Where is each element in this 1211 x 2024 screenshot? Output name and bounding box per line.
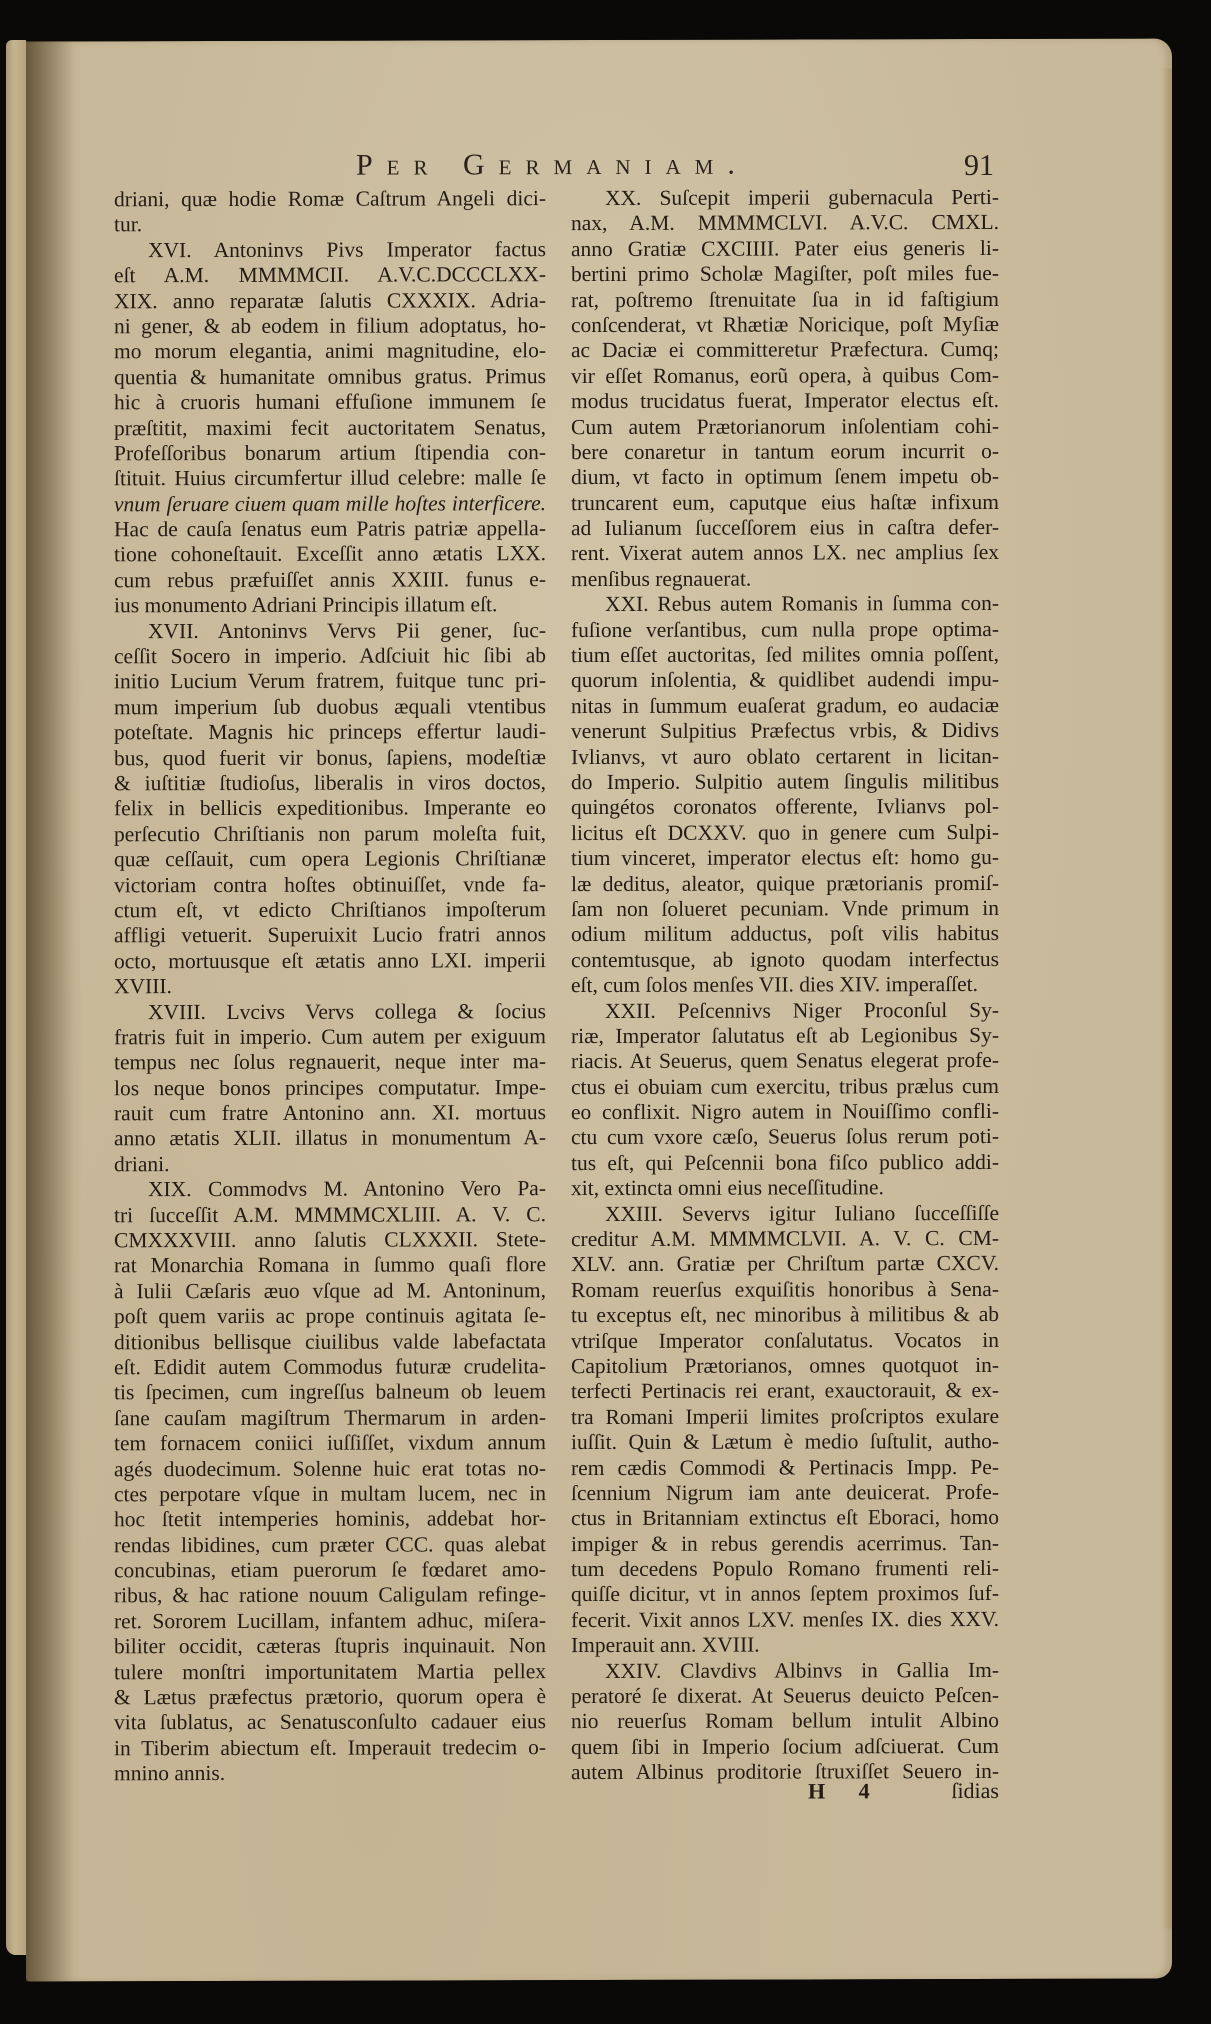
text-line: nio reuerſus Romam bellum intulit Albino <box>571 1708 999 1735</box>
text-line: venerunt Sulpitius Præfectus vrbis, & Di… <box>571 718 999 745</box>
gutter-shadow <box>26 41 82 1981</box>
text-line: mo morum elegantia, animi magnitudine, e… <box>114 338 546 365</box>
text-line: fecerit. Vixit annos LXV. menſes IX. die… <box>571 1607 999 1634</box>
text-line: terfecti Pertinacis rei erant, exauctora… <box>571 1378 999 1405</box>
text-line: poſt quem variis ac prope continuis agit… <box>114 1303 546 1330</box>
text-line: rauit cum fratre Antonino ann. XI. mortu… <box>114 1100 546 1127</box>
left-column: driani, quæ hodie Romæ Caſtrum Angeli di… <box>114 186 546 1787</box>
text-line: poteſtate. Magnis hic princeps effertur … <box>114 719 546 746</box>
text-line: peratoré ſe dixerat. At Seuerus deuicto … <box>571 1683 999 1710</box>
text-line: rat Monarchia Romana in ſummo quaſi flor… <box>114 1253 546 1280</box>
text-line: tempus nec ſolus regnauerit, neque inter… <box>114 1049 546 1076</box>
text-line: anno Gratiæ CXCIIII. Pater eius generis … <box>571 236 999 263</box>
text-line: victoriam contra hoſtes obtinuiſſet, vnd… <box>114 872 546 899</box>
text-line: ſam non ſolueret pecuniam. Vnde primum i… <box>571 896 999 923</box>
text-line: ad Iulianum ſucceſſorem eius in caſtra d… <box>571 515 999 542</box>
text-line: mnino annis. <box>114 1760 546 1787</box>
text-line: XX. Suſcepit imperii gubernacula Perti- <box>571 185 999 212</box>
text-line: iuſſit. Quin & Lætum è medio ſuſtulit, a… <box>571 1429 999 1456</box>
text-line: & Lætus præfectus prætorio, quorum opera… <box>114 1684 546 1711</box>
book-page: Per Germaniam. 91 driani, quæ hodie Romæ… <box>26 38 1172 1981</box>
text-line: fratris fuit in imperio. Cum autem per e… <box>114 1024 546 1051</box>
text-line: bus, quod fuerit vir bonus, ſapiens, mod… <box>114 745 546 772</box>
text-line: tra Romani Imperii limites proſcriptos e… <box>571 1404 999 1431</box>
text-line: octo, mortuusque eſt ætatis anno LXI. im… <box>114 948 546 975</box>
text-line: perſecutio Chriſtianis non parum moleſta… <box>114 821 546 848</box>
text-line: Romam reuerſus exquiſitis honoribus à Se… <box>571 1277 999 1304</box>
text-line: riæ, Imperator ſalutatus eſt ab Legionib… <box>571 1023 999 1050</box>
text-line: agés duodecimum. Solenne huic erat totas… <box>114 1456 546 1483</box>
text-line: XVI. Antoninvs Pivs Imperator factus <box>114 237 546 264</box>
text-line: in Tiberim abiectum eſt. Imperauit trede… <box>114 1735 546 1762</box>
text-line: affligi vetuerit. Superuixit Lucio fratr… <box>114 922 546 949</box>
text-line: Ivlianvs, vt auro oblato certarent in li… <box>571 744 999 771</box>
text-line: anno ætatis XLII. illatus in monumentum … <box>114 1126 546 1153</box>
text-line: vtriſque Imperator conſalutatus. Vocatos… <box>571 1328 999 1355</box>
text-line: quiſſe dicitur, vt in annos ſeptem proxi… <box>571 1581 999 1608</box>
text-line: dium, vt facto in optimum ſenem impetu o… <box>571 464 999 491</box>
text-line: tus eſt, qui Peſcennii bona fiſco public… <box>571 1150 999 1177</box>
text-line: quentia & humanitate omnibus gratus. Pri… <box>114 364 546 391</box>
signature-mark: H 4 <box>808 1778 884 1804</box>
text-line: XVII. Antoninvs Vervs Pii gener, ſuc- <box>114 618 546 645</box>
text-line: ac Daciæ ei committeretur Præfectura. Cu… <box>571 337 999 364</box>
text-line: tum decedens Populo Romano frumenti reli… <box>571 1556 999 1583</box>
text-line: XLV. ann. Gratiæ per Chriſtum partæ CXCV… <box>571 1251 999 1278</box>
text-line: ditionibus bellisque ciuilibus valde lab… <box>114 1329 546 1356</box>
text-line: XVIII. <box>114 973 546 1000</box>
text-line: vita ſublatus, ac Senatusconſulto cadaue… <box>114 1710 546 1737</box>
text-line: ribus, & hac ratione nouum Caligulam ref… <box>114 1583 546 1610</box>
text-line: tulere monſtri importunitatem Martia pel… <box>114 1659 546 1686</box>
text-line: licitus eſt DCXXV. quo in genere cum Sul… <box>571 820 999 847</box>
text-line: eo conflixit. Nigro autem in Nouiſſimo c… <box>571 1099 999 1126</box>
text-line: do Imperio. Sulpitio autem ſingulis mili… <box>571 769 999 796</box>
text-line: ſane cauſam magiſtrum Thermarum in arden… <box>114 1405 546 1432</box>
text-line: tem fornacem coniici iuſſiſſet, vixdum a… <box>114 1430 546 1457</box>
text-line: & iuſtitiæ ſtudioſus, liberalis in viros… <box>114 770 546 797</box>
text-line: tione cohoneſtauit. Exceſſit anno ætatis… <box>114 542 546 569</box>
text-line: fuſione verſantibus, cum nulla prope opt… <box>571 617 999 644</box>
text-line: tu exceptus eſt, nec minoribus à militib… <box>571 1302 999 1329</box>
text-line: quæ ceſſauit, cum opera Legionis Chriſti… <box>114 846 546 873</box>
text-line: Hac de cauſa ſenatus eum Patris patriæ a… <box>114 516 546 543</box>
text-line: biliter occidit, cæteras ſtupris inquina… <box>114 1633 546 1660</box>
text-line: læ deditus, aleator, quique prætorianis … <box>571 870 999 897</box>
text-line: ni gener, & ab eodem in filium adoptatus… <box>114 313 546 340</box>
text-line: rat, poſtremo ſtrenuitate ſua in id faſt… <box>571 287 999 314</box>
text-line: rent. Vixerat autem annos LX. nec ampliu… <box>571 540 999 567</box>
text-line: quingétos coronatos offerente, Ivlianvs … <box>571 794 999 821</box>
text-line: hoc ſtetit intemperies hominis, addebat … <box>114 1506 546 1533</box>
page-footer: H 4 ſidias <box>571 1778 999 1807</box>
text-line: eſt A.M. MMMMCII. A.V.C.DCCCLXX- <box>114 262 546 289</box>
text-line: tium vinceret, imperator electus eſt: ho… <box>571 845 999 872</box>
text-line: tri ſucceſſit A.M. MMMMCXLIII. A. V. C. <box>114 1202 546 1229</box>
text-line: cum rebus præfuiſſet annis XXIII. funus … <box>114 567 546 594</box>
text-line: XXI. Rebus autem Romanis in ſumma con- <box>571 591 999 618</box>
running-head: Per Germaniam. <box>356 148 749 183</box>
text-line: bere conaretur in tantum eorum incurrit … <box>571 439 999 466</box>
text-line: modus trucidatus fuerat, Imperator elect… <box>571 388 999 415</box>
previous-page-edge <box>6 40 26 1955</box>
right-column: XX. Suſcepit imperii gubernacula Perti-n… <box>571 185 999 1786</box>
text-line: ctus in Britanniam extinctus eſt Eboraci… <box>571 1505 999 1532</box>
text-line: ctes perpotare vſque in multam lucem, ne… <box>114 1481 546 1508</box>
text-line: ret. Sororem Lucillam, infantem adhuc, m… <box>114 1608 546 1635</box>
text-line: vir eſſet Romanus, eorũ opera, à quibus … <box>571 363 999 390</box>
text-line: XXII. Peſcennivs Niger Proconſul Sy- <box>571 997 999 1024</box>
text-line: felix in bellicis expeditionibus. Impera… <box>114 796 546 823</box>
text-line: quem ſibi in Imperio ſocium adſciuerat. … <box>571 1734 999 1761</box>
page-number: 91 <box>964 149 994 183</box>
text-line: hic à cruoris humani effuſione immunem ſ… <box>114 389 546 416</box>
text-line: ctus ei obuiam cum exercitu, tribus præl… <box>571 1074 999 1101</box>
text-line: truncarent eum, caputque eius haſtæ infi… <box>571 490 999 517</box>
text-line: mum imperium ſub duobus æquali vtentibus <box>114 694 546 721</box>
text-line: Profeſſoribus bonarum artium ſtipendia c… <box>114 440 546 467</box>
text-line: impiger & in rebus gerendis acerrimus. T… <box>571 1531 999 1558</box>
text-line: CMXXXVIII. anno ſalutis CLXXXII. Stete- <box>114 1227 546 1254</box>
text-line: eſt. Edidit autem Commodus futuræ crudel… <box>114 1354 546 1381</box>
text-line: nax, A.M. MMMMCLVI. A.V.C. CMXL. <box>571 210 999 237</box>
text-line: præſtitit, maximi fecit auctoritatem Sen… <box>114 415 546 442</box>
text-line: driani. <box>114 1151 546 1178</box>
text-line: à Iulii Cæſaris æuo vſque ad M. Antoninu… <box>114 1278 546 1305</box>
text-line: ſtituit. Huius circumfertur illud celebr… <box>114 465 546 492</box>
text-line: initio Lucium Verum fratrem, fuitque tun… <box>114 669 546 696</box>
text-line: Cum autem Prætorianorum inſolentiam cohi… <box>571 413 999 440</box>
text-line: odium militum adductus, poſt vilis habit… <box>571 921 999 948</box>
text-line: ceſſit Socero in imperio. Adſciuit hic ſ… <box>114 643 546 670</box>
text-line: Imperauit ann. XVIII. <box>571 1632 999 1659</box>
text-line: tium eſſet auctoritas, ſed milites omnia… <box>571 642 999 669</box>
text-line: xit, extincta omni eius neceſſitudine. <box>571 1175 999 1202</box>
text-line: eſt, cum ſolos menſes VII. dies XIV. imp… <box>571 972 999 999</box>
text-line: rendas libidines, cum præter CCC. quas a… <box>114 1532 546 1559</box>
text-line: tur. <box>114 212 546 239</box>
catchword: ſidias <box>951 1778 999 1804</box>
text-line: tis ſpecimen, cum ingreſſus balneum ob l… <box>114 1379 546 1406</box>
text-line: XIX. anno reparatæ ſalutis CXXXIX. Adria… <box>114 288 546 315</box>
text-line: driani, quæ hodie Romæ Caſtrum Angeli di… <box>114 186 546 213</box>
text-line: menſibus regnauerat. <box>571 566 999 593</box>
text-line: ctu cum vxore cæſo, Seuerus ſolus rerum … <box>571 1124 999 1151</box>
text-line: XXIII. Severvs igitur Iuliano ſucceſſiſſ… <box>571 1201 999 1228</box>
text-line: riacis. At Seuerus, quem Senatus elegera… <box>571 1048 999 1075</box>
text-line: XXIV. Clavdivs Albinvs in Gallia Im- <box>571 1658 999 1685</box>
text-line: creditur A.M. MMMMCLVII. A. V. C. CM- <box>571 1226 999 1253</box>
text-line: vnum ſeruare ciuem quam mille hoſtes int… <box>114 491 546 518</box>
text-line: ſcennium Nigrum iam ante deuicerat. Prof… <box>571 1480 999 1507</box>
text-line: XIX. Commodvs M. Antonino Vero Pa- <box>114 1176 546 1203</box>
text-line: Capitolium Prætorianos, omnes quotquot i… <box>571 1353 999 1380</box>
text-line: XVIII. Lvcivs Vervs collega & ſocius <box>114 999 546 1026</box>
text-line: los neque bonos principes computatur. Im… <box>114 1075 546 1102</box>
text-line: contemtusque, ab ignoto quodam interfect… <box>571 947 999 974</box>
text-line: rem cædis Commodi & Pertinacis Impp. Pe- <box>571 1454 999 1481</box>
text-line: ius monumento Adriani Principis illatum … <box>114 592 546 619</box>
text-line: conſcenderat, vt Rhætiæ Noricique, poſt … <box>571 312 999 339</box>
text-line: nitas in ſummum euaſerat gradum, eo auda… <box>571 693 999 720</box>
fore-edge <box>1162 68 1172 1928</box>
text-line: quorum inſolentia, & quidlibet audendi i… <box>571 667 999 694</box>
text-line: bertini primo Scholæ Magiſter, poſt mile… <box>571 261 999 288</box>
text-line: concubinas, etiam puerorum ſe fœdaret am… <box>114 1557 546 1584</box>
text-line: ctum eſt, vt edicto Chriſtianos impoſter… <box>114 897 546 924</box>
